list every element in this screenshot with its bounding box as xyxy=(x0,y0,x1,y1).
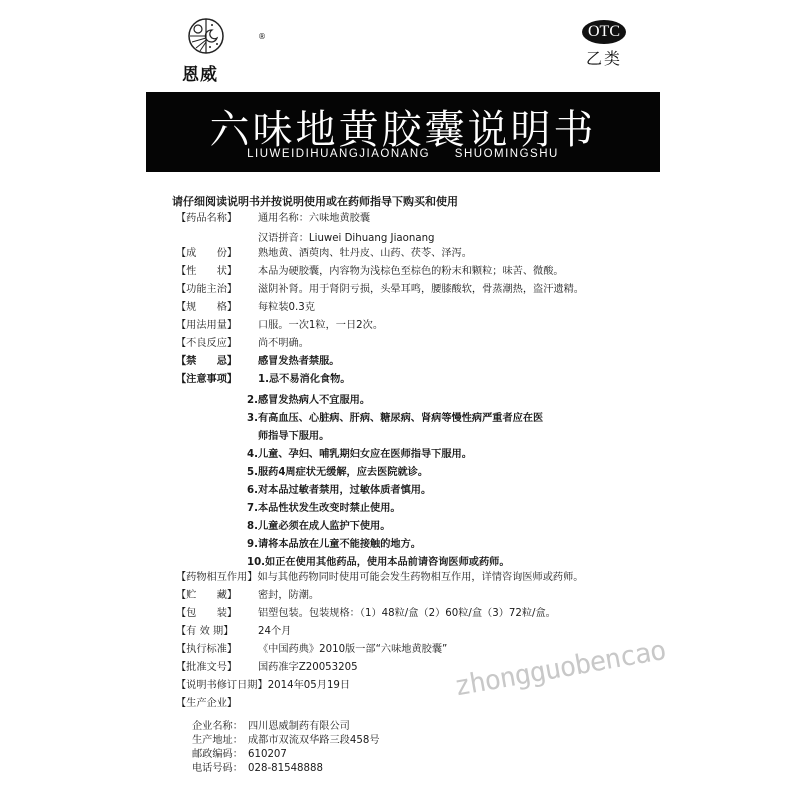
precaution-item: 1.忌不易消化食物。 xyxy=(258,374,350,385)
section-value: 密封，防潮。 xyxy=(258,590,319,601)
section-label: 【有 效 期】 xyxy=(176,625,258,639)
section-label: 【性 状】 xyxy=(176,265,258,279)
pinyin-name: 汉语拼音：Liuwei Dihuang Jiaonang xyxy=(258,229,435,244)
section-value: 每粒装0.3克 xyxy=(258,302,315,313)
section-label: 【说明书修订日期】 xyxy=(176,679,268,693)
section-packaging: 【包 装】铝塑包装。包装规格：（1）48粒/盒（2）60粒/盒（3）72粒/盒。 xyxy=(176,607,556,621)
precaution-item: 10.如正在使用其他药品，使用本品前请咨询医师或药师。 xyxy=(247,553,510,568)
section-label: 【禁 忌】 xyxy=(176,355,258,369)
title-banner: 六味地黄胶囊说明书 LIUWEIDIHUANGJIAONANG SHUOMING… xyxy=(146,92,660,172)
manufacturer-field: 电话号码：028-81548888 xyxy=(192,759,323,774)
title-pinyin: LIUWEIDIHUANGJIAONANG SHUOMINGSHU xyxy=(146,148,660,160)
section-storage: 【贮 藏】密封，防潮。 xyxy=(176,589,319,603)
precaution-item: 8.儿童必须在成人监护下使用。 xyxy=(247,517,390,532)
registered-mark: ® xyxy=(258,32,266,41)
section-manufacturer: 【生产企业】 xyxy=(176,697,237,711)
usage-notice: 请仔细阅读说明书并按说明使用或在药师指导下购买和使用 xyxy=(172,193,458,209)
section-value: 铝塑包装。包装规格：（1）48粒/盒（2）60粒/盒（3）72粒/盒。 xyxy=(258,608,556,619)
field-key: 生产地址： xyxy=(192,731,248,746)
section-value: 如与其他药物同时使用可能会发生药物相互作用，详情咨询医师或药师。 xyxy=(258,572,584,583)
generic-name: 通用名称：六味地黄胶囊 xyxy=(258,213,370,224)
section-dosage: 【用法用量】口服。一次1粒，一日2次。 xyxy=(176,319,383,333)
section-label: 【生产企业】 xyxy=(176,697,237,711)
precaution-item: 3.有高血压、心脏病、肝病、糖尿病、肾病等慢性病严重者应在医 xyxy=(247,409,543,424)
field-key: 邮政编码： xyxy=(192,745,248,760)
page-title: 六味地黄胶囊说明书 xyxy=(146,98,660,155)
section-value: 2014年05月19日 xyxy=(268,680,350,691)
field-key: 电话号码： xyxy=(192,759,248,774)
section-adverse: 【不良反应】尚不明确。 xyxy=(176,337,309,351)
section-indications: 【功能主治】滋阴补肾。用于肾阴亏损，头晕耳鸣，腰膝酸软，骨蒸潮热，盗汗遗精。 xyxy=(176,283,584,297)
otc-class: 乙类 xyxy=(586,46,622,69)
precaution-item-continued: 师指导下服用。 xyxy=(258,427,329,442)
section-precautions: 【注意事项】1.忌不易消化食物。 xyxy=(176,373,350,387)
section-revision: 【说明书修订日期】2014年05月19日 xyxy=(176,679,350,693)
section-label: 【成 份】 xyxy=(176,247,258,261)
field-key: 企业名称： xyxy=(192,717,248,732)
precaution-item: 5.服药4周症状无缓解，应去医院就诊。 xyxy=(247,463,428,478)
section-standard: 【执行标准】《中国药典》2010版一部“六味地黄胶囊” xyxy=(176,643,447,657)
precaution-item: 6.对本品过敏者禁用，过敏体质者慎用。 xyxy=(247,481,431,496)
section-value: 熟地黄、酒萸肉、牡丹皮、山药、茯苓、泽泻。 xyxy=(258,248,472,259)
section-label: 【规 格】 xyxy=(176,301,258,315)
section-value: 滋阴补肾。用于肾阴亏损，头晕耳鸣，腰膝酸软，骨蒸潮热，盗汗遗精。 xyxy=(258,284,584,295)
section-value: 尚不明确。 xyxy=(258,338,309,349)
section-appearance: 【性 状】本品为硬胶囊，内容物为浅棕色至棕色的粉末和颗粒；味苦、微酸。 xyxy=(176,265,564,279)
field-value: 028-81548888 xyxy=(248,763,323,774)
brand-logo: ® 恩威 xyxy=(182,16,252,76)
manufacturer-field: 生产地址：成都市双流双华路三段458号 xyxy=(192,731,380,746)
brand-name: 恩威 xyxy=(182,60,218,85)
sun-moon-emblem-icon xyxy=(186,16,226,56)
section-name: 【药品名称】通用名称：六味地黄胶囊 xyxy=(176,212,370,226)
section-interactions: 【药物相互作用】如与其他药物同时使用可能会发生药物相互作用，详情咨询医师或药师。 xyxy=(176,571,584,585)
section-validity: 【有 效 期】24个月 xyxy=(176,625,291,639)
section-value: 感冒发热者禁服。 xyxy=(258,356,340,367)
precaution-item: 4.儿童、孕妇、哺乳期妇女应在医师指导下服用。 xyxy=(247,445,472,460)
watermark: zhongguobencao xyxy=(452,635,668,703)
section-value: 24个月 xyxy=(258,626,291,637)
section-approval: 【批准文号】国药准字Z20053205 xyxy=(176,661,358,675)
precaution-item: 9.请将本品放在儿童不能接触的地方。 xyxy=(247,535,421,550)
section-value: 《中国药典》2010版一部“六味地黄胶囊” xyxy=(258,644,447,655)
section-ingredients: 【成 份】熟地黄、酒萸肉、牡丹皮、山药、茯苓、泽泻。 xyxy=(176,247,472,261)
section-contraindications: 【禁 忌】感冒发热者禁服。 xyxy=(176,355,340,369)
section-label: 【注意事项】 xyxy=(176,373,258,387)
section-label: 【用法用量】 xyxy=(176,319,258,333)
section-label: 【不良反应】 xyxy=(176,337,258,351)
section-label: 【药品名称】 xyxy=(176,212,258,226)
section-label: 【功能主治】 xyxy=(176,283,258,297)
manufacturer-field: 邮政编码：610207 xyxy=(192,745,287,760)
section-label: 【批准文号】 xyxy=(176,661,258,675)
section-label: 【执行标准】 xyxy=(176,643,258,657)
manufacturer-field: 企业名称：四川恩威制药有限公司 xyxy=(192,717,350,732)
medicine-leaflet: ® 恩威 OTC 乙类 六味地黄胶囊说明书 LIUWEIDIHUANGJIAON… xyxy=(0,0,800,800)
section-label: 【药物相互作用】 xyxy=(176,571,258,585)
title-pinyin-left: LIUWEIDIHUANGJIAONANG xyxy=(247,148,430,160)
section-value: 国药准字Z20053205 xyxy=(258,662,358,673)
precaution-item: 7.本品性状发生改变时禁止使用。 xyxy=(247,499,401,514)
otc-badge: OTC xyxy=(582,20,626,44)
precaution-item: 2.感冒发热病人不宜服用。 xyxy=(247,391,370,406)
title-pinyin-right: SHUOMINGSHU xyxy=(455,148,559,160)
section-label: 【包 装】 xyxy=(176,607,258,621)
section-value: 本品为硬胶囊，内容物为浅棕色至棕色的粉末和颗粒；味苦、微酸。 xyxy=(258,266,564,277)
section-value: 口服。一次1粒，一日2次。 xyxy=(258,320,383,331)
section-spec: 【规 格】每粒装0.3克 xyxy=(176,301,315,315)
section-label: 【贮 藏】 xyxy=(176,589,258,603)
